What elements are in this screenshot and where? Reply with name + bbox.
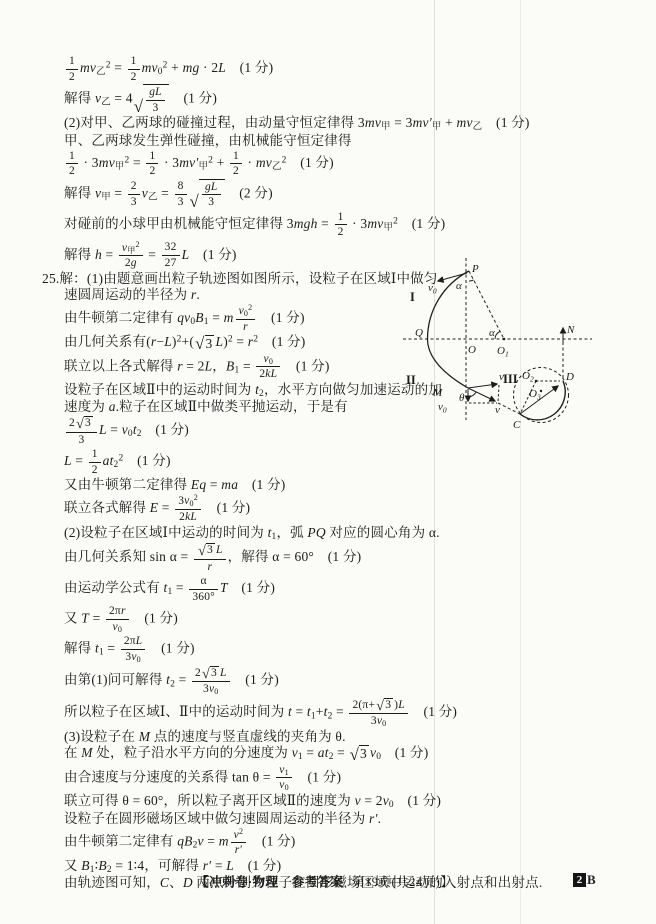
answer-line-30: 联立可得 θ = 60°，所以粒子离开区域Ⅱ的速度为 v = 2v0 (1 分) [64, 793, 542, 811]
answer-line-28: 在 M 处，粒子沿水平方向的分速度为 v1 = at2 = √3v0 (1 分) [64, 745, 542, 763]
answer-line-14: 设粒子在区域Ⅱ中的运动时间为 t2，水平方向做匀加速运动的加 [64, 382, 542, 400]
answer-line-17: L = 12at22 (1 分) [64, 447, 542, 477]
page-footer: 【冲刺卷·物理 参考答案 第19页(共24页)】 2B [0, 872, 656, 890]
answer-line-11: 由牛顿第二定律有 qv0B1 = mv02r (1 分) [64, 303, 542, 334]
footer-code-letter: B [587, 872, 596, 887]
answer-line-9: 25.解：(1)由题意画出粒子轨迹图如图所示，设粒子在区域Ⅰ中做匀 [42, 271, 542, 287]
answer-line-15: 速度为 a.粒子在区域Ⅱ中做类平抛运动，于是有 [64, 399, 542, 415]
answer-line-16: 2√33L = v0t2 (1 分) [64, 415, 542, 447]
footer-page-number: 第19页(共24页)】 [352, 872, 453, 890]
answer-line-5: 12 · 3mv甲2 = 12 · 3mv′甲2 + 12 · mv乙2 (1 … [64, 149, 542, 179]
diagram-label-D: D [565, 371, 574, 383]
answer-line-13: 联立以上各式解得 r = 2L，B1 = v02kL (1 分) [64, 352, 542, 382]
answer-line-29: 由合速度与分速度的关系得 tan θ = v1v0 (1 分) [64, 763, 542, 794]
answer-line-18: 又由牛顿第二定律得 Eq = ma (1 分) [64, 477, 542, 493]
answer-line-22: 由运动学公式有 t1 = α360°T (1 分) [64, 574, 542, 604]
answer-line-12: 由几何关系有(r−L)2+(√3L)2 = r2 (1 分) [64, 334, 542, 351]
footer-booklet-title: 【冲刺卷·物理 参考答案 [196, 872, 344, 890]
answer-line-4: 甲、乙两球发生弹性碰撞，由机械能守恒定律得 [64, 133, 542, 149]
diagram-label-N: N [566, 324, 575, 336]
scanned-answer-page: { "page": { "kind": "physics exam refere… [0, 0, 656, 924]
answer-line-21: 由几何关系知 sin α = √3Lr，解得 α = 60° (1 分) [64, 542, 542, 574]
footer-code-box: 2 [573, 873, 586, 887]
answer-line-27: (3)设粒子在 M 点的速度与竖直虚线的夹角为 θ. [64, 729, 542, 745]
answer-line-26: 所以粒子在区域Ⅰ、Ⅱ中的运动时间为 t = t1+t2 = 2(π+√3)L3v… [64, 697, 542, 729]
answer-line-3: (2)对甲、乙两球的碰撞过程，由动量守恒定律得 3mv甲 = 3mv′甲 + m… [64, 115, 542, 133]
answer-line-2: 解得 v乙 = 4√gL3 (1 分) [64, 84, 542, 115]
answer-line-7: 对碰前的小球甲由机械能守恒定律得 3mgh = 12 · 3mv甲2 (1 分) [64, 210, 542, 240]
answer-line-23: 又 T = 2πrv0 (1 分) [64, 604, 542, 634]
answer-line-24: 解得 t1 = 2πL3v0 (1 分) [64, 634, 542, 664]
answer-line-8: 解得 h = v甲22g = 3227L (1 分) [64, 240, 542, 271]
answer-line-31: 设粒子在圆形磁场区域中做匀速圆周运动的半径为 r′. [64, 811, 542, 827]
footer-page-code: 2B [573, 872, 596, 888]
answer-line-6: 解得 v甲 = 23v乙 = 83√gL3 (2 分) [64, 179, 542, 210]
answer-line-20: (2)设粒子在区域Ⅰ中运动的时间为 t1，弧 PQ 对应的圆心角为 α. [64, 525, 542, 543]
answer-line-32: 由牛顿第二定律有 qB2v = mv2r′ (1 分) [64, 827, 542, 858]
answer-line-10: 速圆周运动的半径为 r. [64, 287, 542, 303]
answer-line-25: 由第(1)问可解得 t2 = 2√3L3v0 (1 分) [64, 665, 542, 697]
answer-line-19: 联立各式解得 E = 3v022kL (1 分) [64, 493, 542, 524]
answer-text-column: 12mv乙2 = 12mv02 + mg · 2L (1 分)解得 v乙 = 4… [64, 54, 542, 891]
answer-line-1: 12mv乙2 = 12mv02 + mg · 2L (1 分) [64, 54, 542, 84]
